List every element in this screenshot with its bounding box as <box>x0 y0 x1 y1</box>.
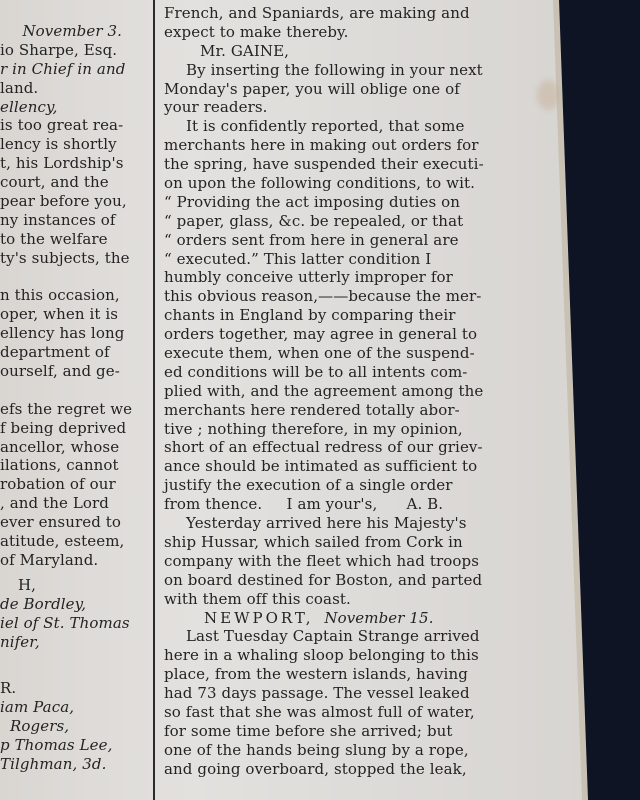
letter-line: It is confidently reported, that some <box>164 117 544 136</box>
letter-line: merchants here in making out orders for <box>164 136 544 155</box>
text-line: ancellor, whose <box>0 438 150 457</box>
news-line: one of the hands being slung by a rope, <box>164 741 544 760</box>
text-line: to the welfare <box>0 230 150 249</box>
signature-line: p Thomas Lee, <box>0 736 150 755</box>
letter-line: “ orders sent from here in general are <box>164 231 544 250</box>
text-line: ellency has long <box>0 324 150 343</box>
news-line: company with the fleet which had troops <box>164 552 544 571</box>
news-line: here in a whaling sloop belonging to thi… <box>164 646 544 665</box>
text-line: court, and the <box>0 173 150 192</box>
news-line: had 73 days passage. The vessel leaked <box>164 684 544 703</box>
text-line: n this occasion, <box>0 286 150 305</box>
text-line: ever ensured to <box>0 513 150 532</box>
news-line: with them off this coast. <box>164 590 544 609</box>
dateline: November 3. <box>0 22 150 41</box>
dateline-date: November 15. <box>324 609 433 627</box>
letter-line: By inserting the following in your next <box>164 61 544 80</box>
news-line: place, from the western islands, having <box>164 665 544 684</box>
text-line: io Sharpe, Esq. <box>0 41 150 60</box>
text-line: department of <box>0 343 150 362</box>
letter-line: “ Providing the act imposing duties on <box>164 193 544 212</box>
text-line: ellency, <box>0 98 150 117</box>
news-line: so fast that she was almost full of wate… <box>164 703 544 722</box>
text-line: expect to make thereby. <box>164 23 544 42</box>
news-line: Yesterday arrived here his Majesty's <box>164 514 544 533</box>
letter-line: execute them, when one of the suspend- <box>164 344 544 363</box>
letter-line: this obvious reason,——because the mer- <box>164 287 544 306</box>
letter-line: tive ; nothing therefore, in my opinion, <box>164 420 544 439</box>
text-line: of Maryland. <box>0 551 150 570</box>
text-line: r in Chief in and <box>0 60 150 79</box>
text-line: ty's subjects, the <box>0 249 150 268</box>
newport-dateline: NEWPORT, November 15. <box>164 609 544 628</box>
text-line: land. <box>0 79 150 98</box>
letter-line: short of an effectual redress of our gri… <box>164 438 544 457</box>
text-line: efs the regret we <box>0 400 150 419</box>
news-line: and going overboard, stopped the leak, <box>164 760 544 779</box>
letter-line: humbly conceive utterly improper for <box>164 268 544 287</box>
text-line: oper, when it is <box>0 305 150 324</box>
news-line: Last Tuesday Captain Strange arrived <box>164 627 544 646</box>
signature-line: de Bordley, <box>0 595 150 614</box>
signature-line: iel of St. Thomas <box>0 614 150 633</box>
letter-line: “ paper, glass, &c. be repealed, or that <box>164 212 544 231</box>
signature-line: H, <box>0 576 150 595</box>
letter-line: plied with, and the agreement among the <box>164 382 544 401</box>
text-line: robation of our <box>0 475 150 494</box>
letter-salutation: Mr. GAINE, <box>164 42 544 61</box>
news-line: ship Hussar, which sailed from Cork in <box>164 533 544 552</box>
letter-line: chants in England by comparing their <box>164 306 544 325</box>
letter-line: justify the execution of a single order <box>164 476 544 495</box>
letter-line: merchants here rendered totally abor- <box>164 401 544 420</box>
news-line: on board destined for Boston, and parted <box>164 571 544 590</box>
text-line: , and the Lord <box>0 494 150 513</box>
text-line: ny instances of <box>0 211 150 230</box>
signature-line: iam Paca, <box>0 698 150 717</box>
text-line: ourself, and ge- <box>0 362 150 381</box>
news-line: for some time before she arrived; but <box>164 722 544 741</box>
text-line: f being deprived <box>0 419 150 438</box>
letter-line: on upon the following conditions, to wit… <box>164 174 544 193</box>
letter-line: the spring, have suspended their executi… <box>164 155 544 174</box>
text-line: atitude, esteem, <box>0 532 150 551</box>
middle-column: French, and Spaniards, are making and ex… <box>164 4 544 779</box>
text-line: French, and Spaniards, are making and <box>164 4 544 23</box>
letter-line: your readers. <box>164 98 544 117</box>
text-line: lency is shortly <box>0 135 150 154</box>
text-line: is too great rea- <box>0 116 150 135</box>
text-line: ilations, cannot <box>0 456 150 475</box>
letter-line: ed conditions will be to all intents com… <box>164 363 544 382</box>
text-line: pear before you, <box>0 192 150 211</box>
letter-line: Monday's paper, you will oblige one of <box>164 80 544 99</box>
letter-signoff: from thence. I am your's, A. B. <box>164 495 544 514</box>
left-column: November 3. io Sharpe, Esq. r in Chief i… <box>0 22 150 774</box>
letter-line: ance should be intimated as sufficient t… <box>164 457 544 476</box>
letter-line: “ executed.” This latter condition I <box>164 250 544 269</box>
signature-line: R. <box>0 679 150 698</box>
signature-line: nifer, <box>0 633 150 652</box>
signature-line: Tilghman, 3d. <box>0 755 150 774</box>
signature-line: Rogers, <box>0 717 150 736</box>
column-rule <box>153 0 155 800</box>
dateline-place: NEWPORT, <box>204 609 313 627</box>
text-line: t, his Lordship's <box>0 154 150 173</box>
letter-line: orders together, may agree in general to <box>164 325 544 344</box>
